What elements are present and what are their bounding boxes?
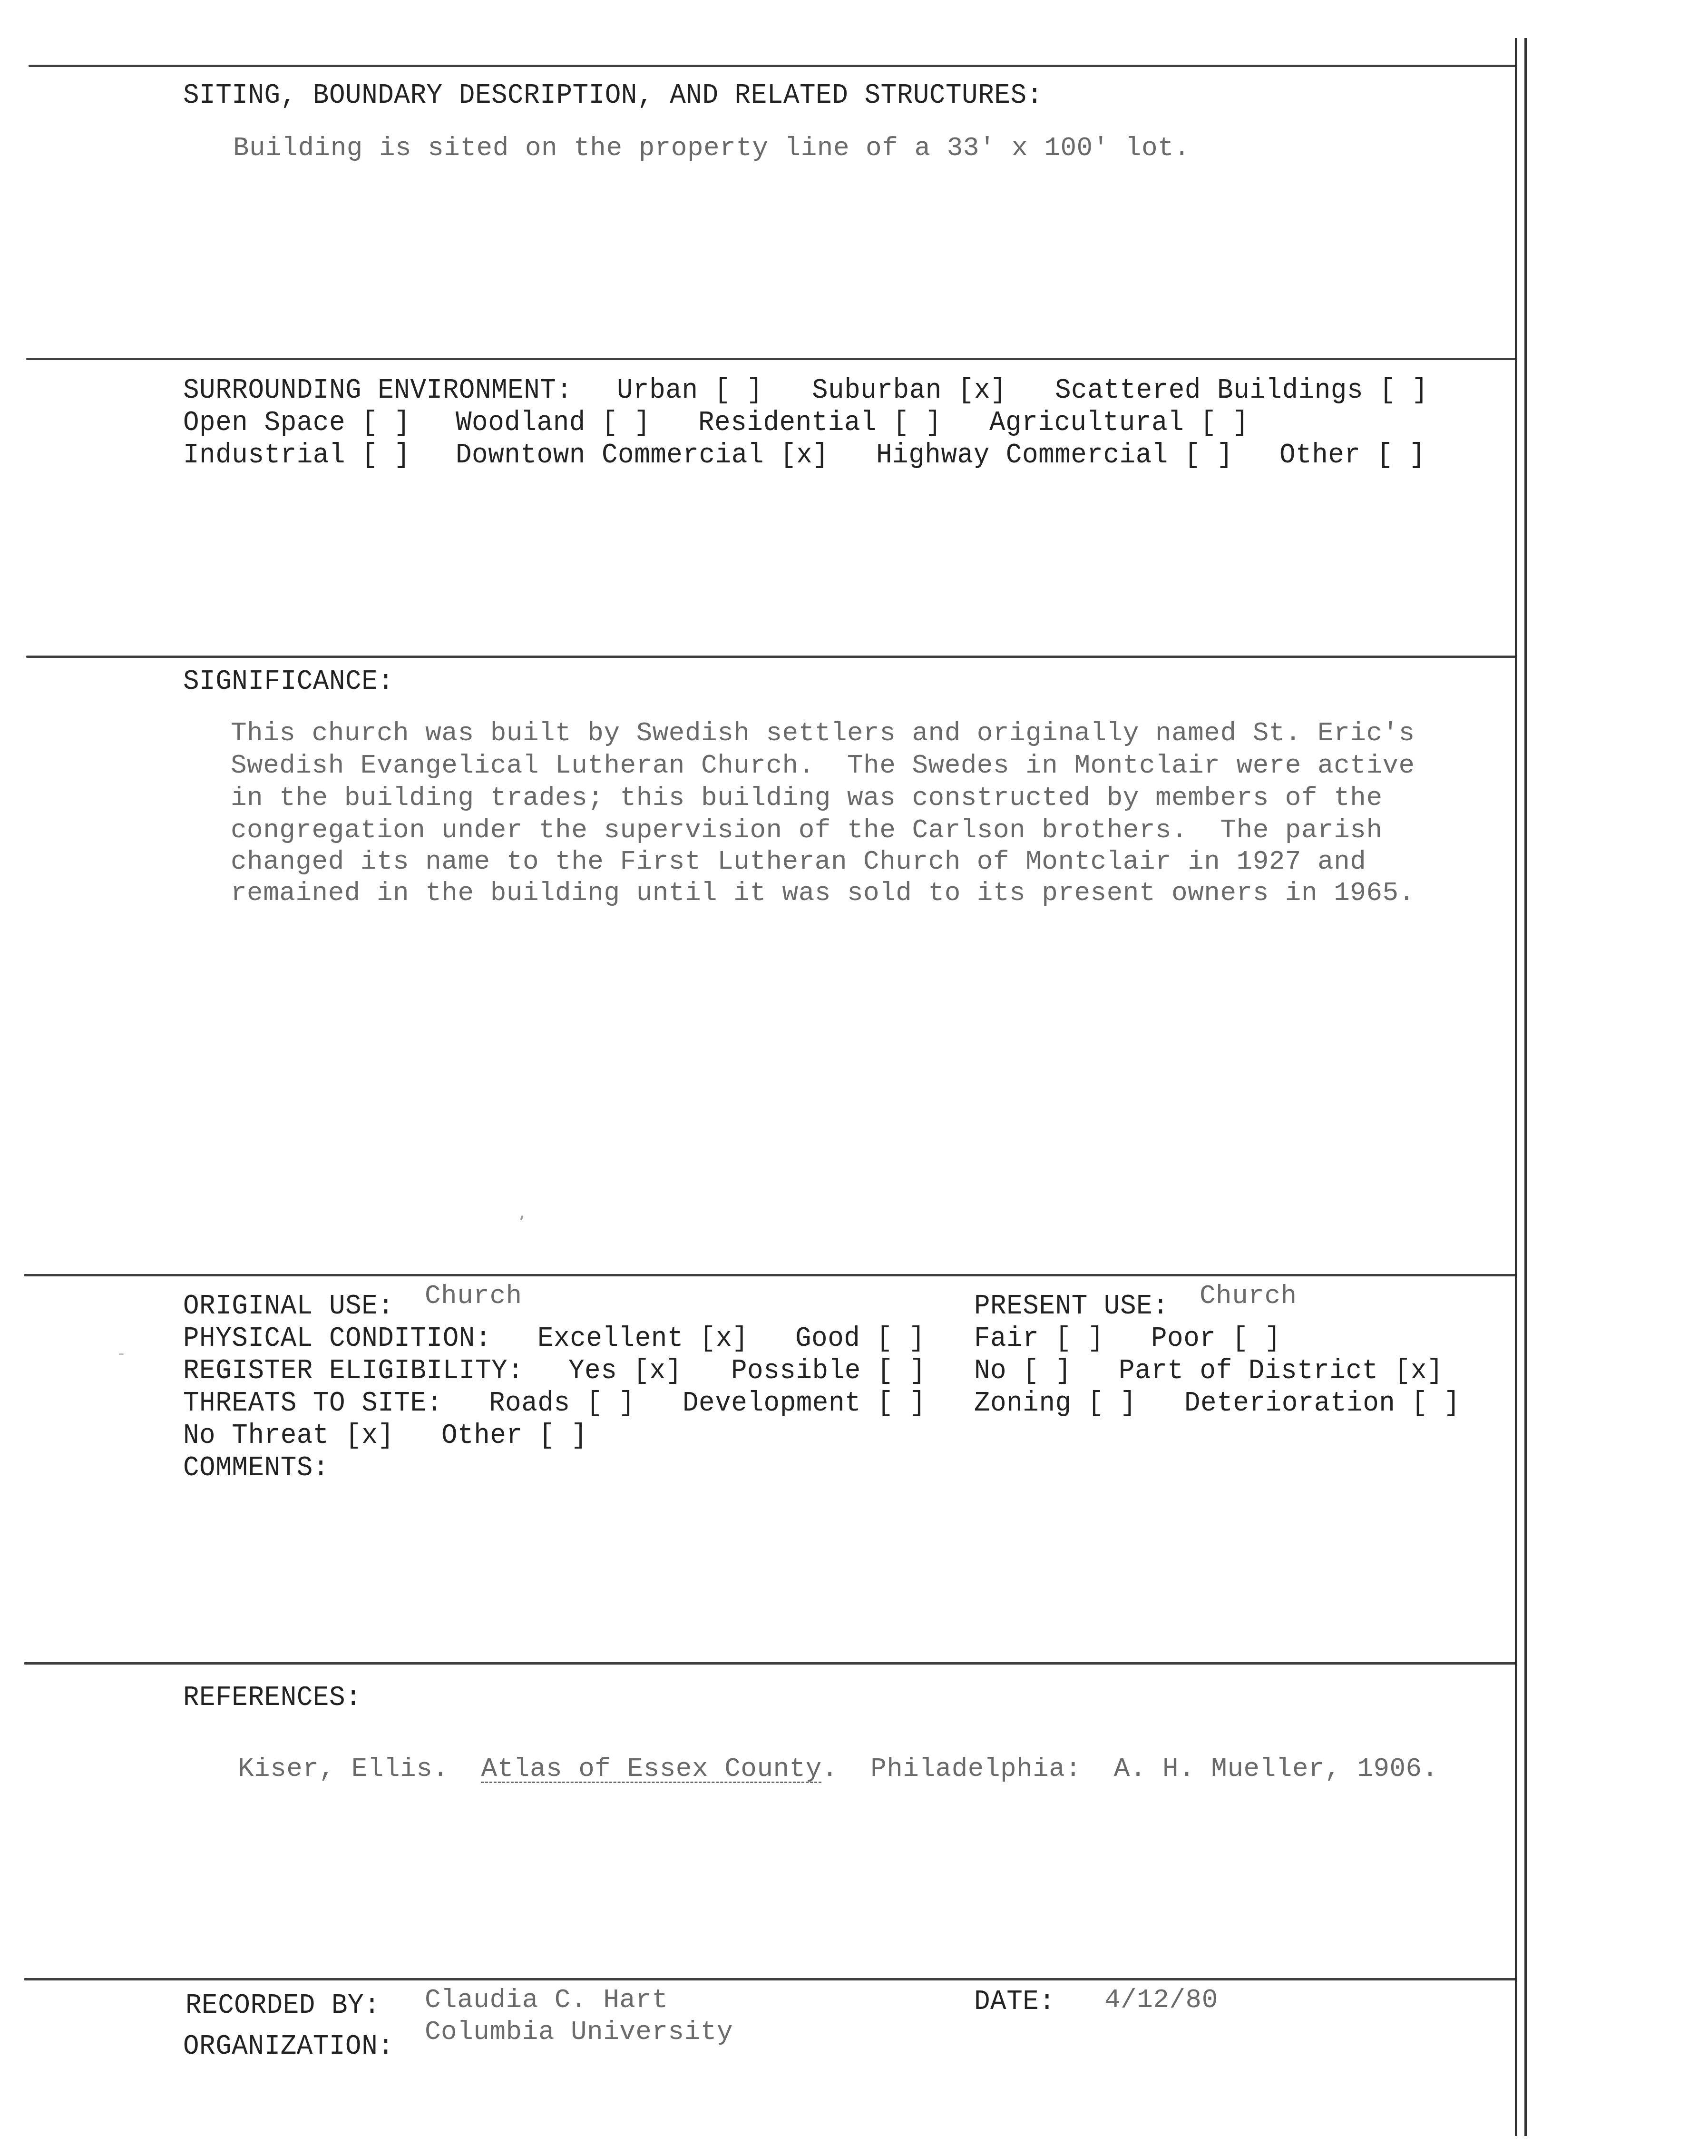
reference-title: Atlas of Essex County	[481, 1754, 822, 1784]
right-border-inner	[1515, 38, 1517, 2136]
comments-field[interactable]	[361, 1451, 1455, 1632]
threat-roads-label: Roads	[489, 1387, 570, 1419]
divider-status	[24, 1274, 1516, 1276]
eligibility-yes-label: Yes	[568, 1355, 617, 1387]
present-use-label: PRESENT USE:	[974, 1289, 1169, 1323]
env-suburban-checkbox[interactable]: [x]	[958, 374, 1006, 406]
env-open-space-label: Open Space	[183, 407, 345, 439]
threat-other-label: Other	[441, 1420, 523, 1451]
condition-excellent: Excellent [x]	[537, 1322, 748, 1355]
env-open-space-checkbox[interactable]: [ ]	[361, 407, 410, 439]
env-option-woodland: Woodland [ ]	[456, 406, 650, 440]
divider-significance	[26, 656, 1516, 658]
env-residential-label: Residential	[698, 407, 877, 439]
env-downtown-commercial-checkbox[interactable]: [x]	[780, 439, 829, 471]
env-downtown-commercial-label: Downtown Commercial	[456, 439, 764, 471]
env-option-residential: Residential [ ]	[698, 406, 942, 440]
env-industrial-checkbox[interactable]: [ ]	[361, 439, 410, 471]
env-scattered-checkbox[interactable]: [ ]	[1379, 374, 1428, 406]
condition-good-label: Good	[795, 1323, 860, 1354]
recorded-by-label: RECORDED BY:	[185, 1989, 380, 2022]
env-option-other: Other [ ]	[1279, 438, 1425, 472]
reference-author: Kiser, Ellis.	[238, 1754, 449, 1784]
threat-deterioration: Deterioration [ ]	[1184, 1386, 1460, 1420]
env-option-scattered: Scattered Buildings [ ]	[1055, 373, 1428, 407]
organization-value[interactable]: Columbia University	[425, 2016, 733, 2048]
survey-form-page: SITING, BOUNDARY DESCRIPTION, AND RELATE…	[0, 0, 1708, 2156]
significance-line-5: changed its name to the First Lutheran C…	[231, 845, 1366, 878]
threat-roads: Roads [ ]	[489, 1386, 635, 1420]
reference-entry: Kiser, Ellis. Atlas of Essex County. Phi…	[238, 1753, 1438, 1785]
threat-development-label: Development	[683, 1387, 861, 1419]
threat-deterioration-label: Deterioration	[1184, 1387, 1395, 1419]
significance-line-3: in the building trades; this building wa…	[231, 782, 1383, 814]
condition-excellent-label: Excellent	[537, 1323, 683, 1354]
threat-development-checkbox[interactable]: [ ]	[877, 1387, 926, 1419]
divider-references	[24, 1662, 1516, 1665]
threat-deterioration-checkbox[interactable]: [ ]	[1411, 1387, 1460, 1419]
siting-body: Building is sited on the property line o…	[233, 132, 1190, 164]
threat-roads-checkbox[interactable]: [ ]	[586, 1387, 635, 1419]
env-woodland-checkbox[interactable]: [ ]	[602, 407, 650, 439]
env-option-suburban: Suburban [x]	[812, 373, 1006, 407]
eligibility-yes: Yes [x]	[568, 1354, 682, 1388]
env-option-industrial: Industrial [ ]	[183, 438, 410, 472]
env-option-highway-commercial: Highway Commercial [ ]	[876, 438, 1233, 472]
env-highway-commercial-checkbox[interactable]: [ ]	[1184, 439, 1233, 471]
eligibility-possible-checkbox[interactable]: [ ]	[877, 1355, 926, 1387]
scan-speck	[119, 1353, 124, 1355]
threat-none-label: No Threat	[183, 1420, 329, 1451]
threat-none: No Threat [x]	[183, 1419, 394, 1452]
threat-other-checkbox[interactable]: [ ]	[539, 1420, 587, 1451]
env-option-open-space: Open Space [ ]	[183, 406, 410, 440]
present-use-value[interactable]: Church	[1200, 1280, 1297, 1312]
references-heading: REFERENCES:	[183, 1681, 361, 1715]
date-value[interactable]: 4/12/80	[1104, 1984, 1218, 2016]
threat-zoning-label: Zoning	[974, 1387, 1072, 1419]
env-suburban-label: Suburban	[812, 374, 942, 406]
recorded-by-value[interactable]: Claudia C. Hart	[425, 1984, 668, 2016]
env-urban-checkbox[interactable]: [ ]	[714, 374, 763, 406]
right-border-outer	[1524, 38, 1527, 2136]
divider-environment	[26, 358, 1516, 360]
eligibility-yes-checkbox[interactable]: [x]	[633, 1355, 682, 1387]
env-agricultural-checkbox[interactable]: [ ]	[1200, 407, 1249, 439]
significance-line-6: remained in the building until it was so…	[231, 877, 1415, 909]
environment-heading: SURROUNDING ENVIRONMENT:	[183, 373, 573, 407]
reference-publication: Philadelphia: A. H. Mueller, 1906.	[870, 1754, 1438, 1784]
significance-line-1: This church was built by Swedish settler…	[231, 717, 1415, 749]
condition-fair-label: Fair	[974, 1323, 1039, 1354]
env-highway-commercial-label: Highway Commercial	[876, 439, 1168, 471]
env-option-downtown-commercial: Downtown Commercial [x]	[456, 438, 829, 472]
threat-none-checkbox[interactable]: [x]	[345, 1420, 394, 1451]
physical-condition-label: PHYSICAL CONDITION:	[183, 1322, 491, 1355]
threat-development: Development [ ]	[683, 1386, 926, 1420]
original-use-value[interactable]: Church	[425, 1280, 522, 1312]
threat-zoning-checkbox[interactable]: [ ]	[1088, 1387, 1136, 1419]
env-other-checkbox[interactable]: [ ]	[1377, 439, 1425, 471]
env-woodland-label: Woodland	[456, 407, 586, 439]
env-industrial-label: Industrial	[183, 439, 345, 471]
condition-fair-checkbox[interactable]: [ ]	[1055, 1323, 1104, 1354]
organization-label: ORGANIZATION:	[183, 2029, 394, 2063]
significance-line-2: Swedish Evangelical Lutheran Church. The…	[231, 749, 1415, 782]
env-agricultural-label: Agricultural	[989, 407, 1184, 439]
condition-poor: Poor [ ]	[1151, 1322, 1281, 1355]
eligibility-no-checkbox[interactable]: [ ]	[1023, 1355, 1071, 1387]
divider-top	[29, 65, 1516, 67]
original-use-label: ORIGINAL USE:	[183, 1289, 394, 1323]
reference-title-end: .	[822, 1754, 838, 1784]
significance-line-4: congregation under the supervision of th…	[231, 814, 1383, 846]
env-option-agricultural: Agricultural [ ]	[989, 406, 1249, 440]
env-scattered-label: Scattered Buildings	[1055, 374, 1363, 406]
eligibility-no-label: No	[974, 1355, 1006, 1387]
threats-label: THREATS TO SITE:	[183, 1386, 443, 1420]
eligibility-possible: Possible [ ]	[731, 1354, 926, 1388]
condition-poor-checkbox[interactable]: [ ]	[1232, 1323, 1281, 1354]
condition-excellent-checkbox[interactable]: [x]	[700, 1323, 748, 1354]
divider-footer	[24, 1978, 1516, 1980]
threat-other: Other [ ]	[441, 1419, 587, 1452]
condition-fair: Fair [ ]	[974, 1322, 1104, 1355]
env-option-urban: Urban [ ]	[617, 373, 763, 407]
eligibility-no: No [ ]	[974, 1354, 1072, 1388]
comments-label: COMMENTS:	[183, 1451, 329, 1485]
condition-poor-label: Poor	[1151, 1323, 1216, 1354]
siting-heading: SITING, BOUNDARY DESCRIPTION, AND RELATE…	[183, 78, 1043, 112]
date-label: DATE:	[974, 1985, 1055, 2019]
env-residential-checkbox[interactable]: [ ]	[893, 407, 941, 439]
condition-good: Good [ ]	[795, 1322, 925, 1355]
register-eligibility-label: REGISTER ELIGIBILITY:	[183, 1354, 524, 1388]
scan-speck	[520, 1215, 523, 1221]
significance-heading: SIGNIFICANCE:	[183, 665, 394, 698]
eligibility-possible-label: Possible	[731, 1355, 861, 1387]
condition-good-checkbox[interactable]: [ ]	[877, 1323, 925, 1354]
env-urban-label: Urban	[617, 374, 698, 406]
env-other-label: Other	[1279, 439, 1361, 471]
eligibility-part-of-district: Part of District [x]	[1119, 1354, 1443, 1388]
eligibility-district-checkbox[interactable]: [x]	[1395, 1355, 1443, 1387]
threat-zoning: Zoning [ ]	[974, 1386, 1136, 1420]
eligibility-district-label: Part of District	[1119, 1355, 1378, 1387]
